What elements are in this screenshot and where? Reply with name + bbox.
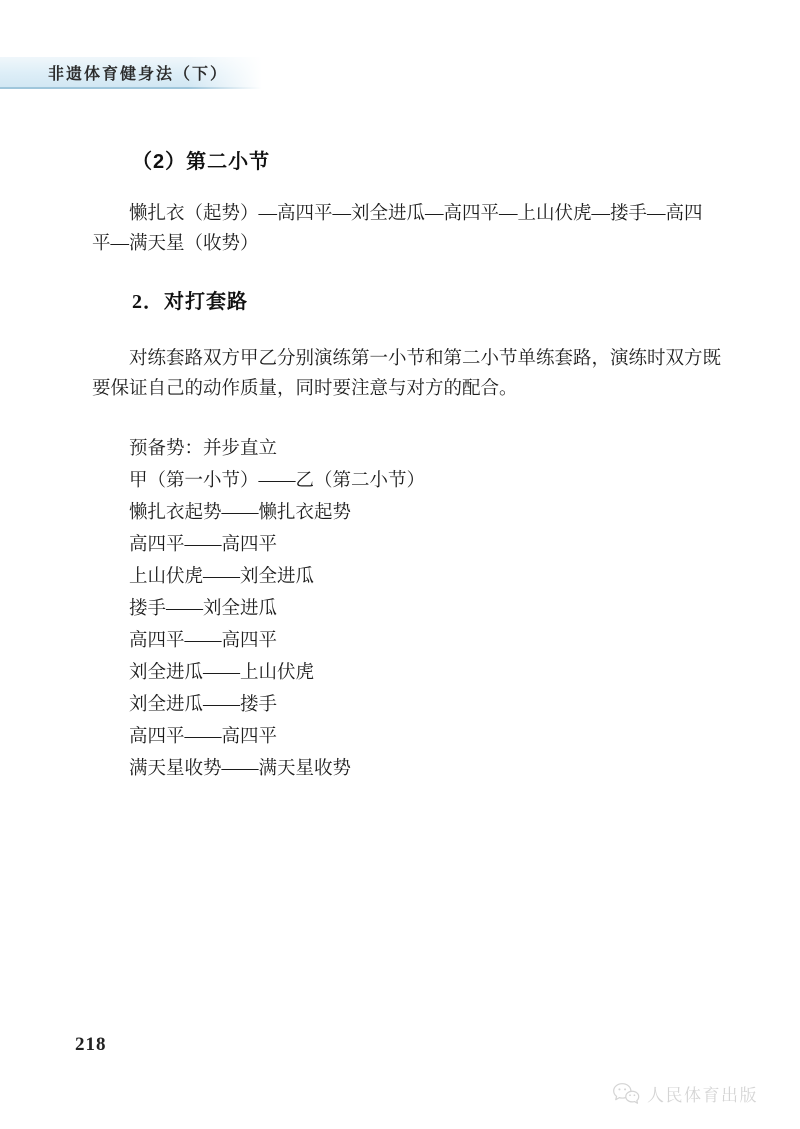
pair-list-item: 预备势：并步直立 (92, 433, 712, 465)
subsection-heading: （2）第二小节 (92, 148, 707, 176)
paragraph-line: 要保证自己的动作质量，同时要注意与对方的配合。 (92, 374, 712, 404)
duel-intro-paragraph: 对练套路双方甲乙分别演练第一小节和第二小节单练套路，演练时双方既要保证自己的动作… (92, 344, 712, 404)
sequence-paragraph: 懒扎衣（起势）—高四平—刘全进瓜—高四平—上山伏虎—搂手—高四平—满天星（收势） (92, 199, 712, 259)
duel-section-heading: 2．对打套路 (92, 288, 707, 316)
duel-pair-list: 预备势：并步直立甲（第一小节）——乙（第二小节）懒扎衣起势——懒扎衣起势高四平—… (92, 433, 712, 785)
pair-list-item: 搂手——刘全进瓜 (92, 593, 712, 625)
pair-list-item: 高四平——高四平 (92, 625, 712, 657)
paragraph-line: 平—满天星（收势） (92, 229, 712, 259)
publisher-watermark: 人民体育出版 (612, 1080, 758, 1106)
pair-list-item: 懒扎衣起势——懒扎衣起势 (92, 497, 712, 529)
pair-list-item: 高四平——高四平 (92, 721, 712, 753)
pair-list-item: 高四平——高四平 (92, 529, 712, 561)
pair-list-item: 上山伏虎——刘全进瓜 (92, 561, 712, 593)
pair-list-item: 刘全进瓜——搂手 (92, 689, 712, 721)
wechat-icon (612, 1082, 640, 1105)
running-head-book-title: 非遗体育健身法（下） (48, 61, 228, 84)
running-head-band: 非遗体育健身法（下） (0, 57, 262, 87)
book-page: 非遗体育健身法（下） （2）第二小节 懒扎衣（起势）—高四平—刘全进瓜—高四平—… (0, 0, 800, 1129)
pair-list-item: 甲（第一小节）——乙（第二小节） (92, 465, 712, 497)
pair-list-item: 满天星收势——满天星收势 (92, 753, 712, 785)
paragraph-line: 对练套路双方甲乙分别演练第一小节和第二小节单练套路，演练时双方既 (92, 344, 712, 374)
page-number: 218 (75, 1034, 107, 1056)
watermark-text: 人民体育出版 (647, 1081, 758, 1106)
paragraph-line: 懒扎衣（起势）—高四平—刘全进瓜—高四平—上山伏虎—搂手—高四 (92, 199, 712, 229)
pair-list-item: 刘全进瓜——上山伏虎 (92, 657, 712, 689)
